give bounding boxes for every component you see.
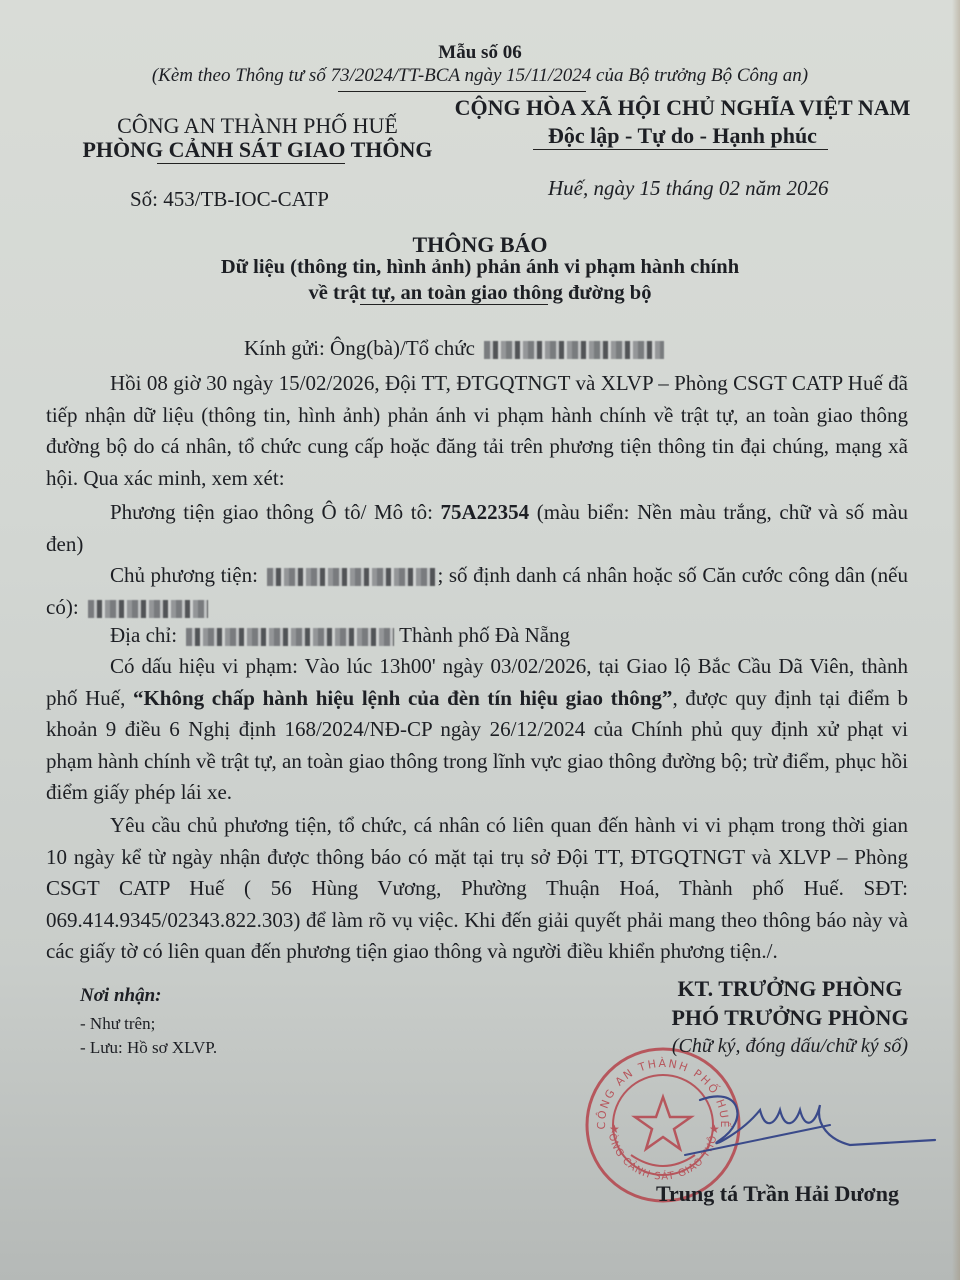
- subtitle-underline: [360, 304, 548, 305]
- signature-title-line1: KT. TRƯỞNG PHÒNG: [610, 976, 960, 1002]
- svg-text:★: ★: [609, 1122, 620, 1136]
- recipient-line: Kính gửi: Ông(bà)/Tổ chức: [244, 336, 664, 361]
- violation-paragraph: Có dấu hiệu vi phạm: Vào lúc 13h00' ngày…: [46, 651, 908, 809]
- redacted-recipient-name: [484, 341, 664, 359]
- request-paragraph: Yêu cầu chủ phương tiện, tổ chức, cá nhâ…: [46, 810, 908, 968]
- document-title: THÔNG BÁO: [0, 232, 960, 258]
- owner-paragraph: Chủ phương tiện: ; số định danh cá nhân …: [46, 560, 908, 623]
- recipient-item: - Lưu: Hồ sơ XLVP.: [80, 1038, 217, 1058]
- recipient-label: Kính gửi: Ông(bà)/Tổ chức: [244, 336, 475, 360]
- form-reference: (Kèm theo Thông tư số 73/2024/TT-BCA ngà…: [0, 65, 960, 87]
- motto-underline: [533, 149, 828, 150]
- document-number: Số: 453/TB-IOC-CATP: [130, 187, 329, 212]
- signature-note: (Chữ ký, đóng dấu/chữ ký số): [610, 1035, 960, 1058]
- address-paragraph: Địa chỉ: Thành phố Đà Nẵng: [46, 620, 908, 652]
- recipient-item: - Như trên;: [80, 1014, 155, 1034]
- signature-title-line2: PHÓ TRƯỞNG PHÒNG: [610, 1005, 960, 1031]
- national-title: CỘNG HÒA XÃ HỘI CHỦ NGHĨA VIỆT NAM: [440, 95, 925, 121]
- department-name: PHÒNG CẢNH SÁT GIAO THÔNG: [60, 137, 455, 163]
- header-divider: [338, 91, 586, 92]
- document-date: Huế, ngày 15 tháng 02 năm 2026: [548, 176, 829, 201]
- vehicle-paragraph: Phương tiện giao thông Ô tô/ Mô tô: 75A2…: [46, 497, 908, 560]
- national-motto: Độc lập - Tự do - Hạnh phúc: [440, 123, 925, 149]
- redacted-owner-id: [88, 600, 208, 618]
- recipients-label: Nơi nhận:: [80, 985, 161, 1007]
- agency-underline: [157, 163, 345, 164]
- redacted-address: [186, 628, 394, 646]
- intro-paragraph: Hồi 08 giờ 30 ngày 15/02/2026, Đội TT, Đ…: [46, 368, 908, 494]
- plate-number: 75A22354: [441, 500, 530, 524]
- redacted-owner-name: [267, 568, 437, 586]
- document-subtitle-line1: Dữ liệu (thông tin, hình ảnh) phản ánh v…: [0, 256, 960, 279]
- paper-edge-shadow: [952, 0, 960, 1280]
- form-number: Mẫu số 06: [0, 42, 960, 64]
- violation-name: “Không chấp hành hiệu lệnh của đèn tín h…: [133, 686, 672, 710]
- agency-name: CÔNG AN THÀNH PHỐ HUẾ: [60, 113, 455, 139]
- handwritten-signature-icon: [680, 1080, 940, 1170]
- signer-name: Trung tá Trần Hải Dương: [656, 1181, 899, 1207]
- document-subtitle-line2: về trật tự, an toàn giao thông đường bộ: [0, 282, 960, 305]
